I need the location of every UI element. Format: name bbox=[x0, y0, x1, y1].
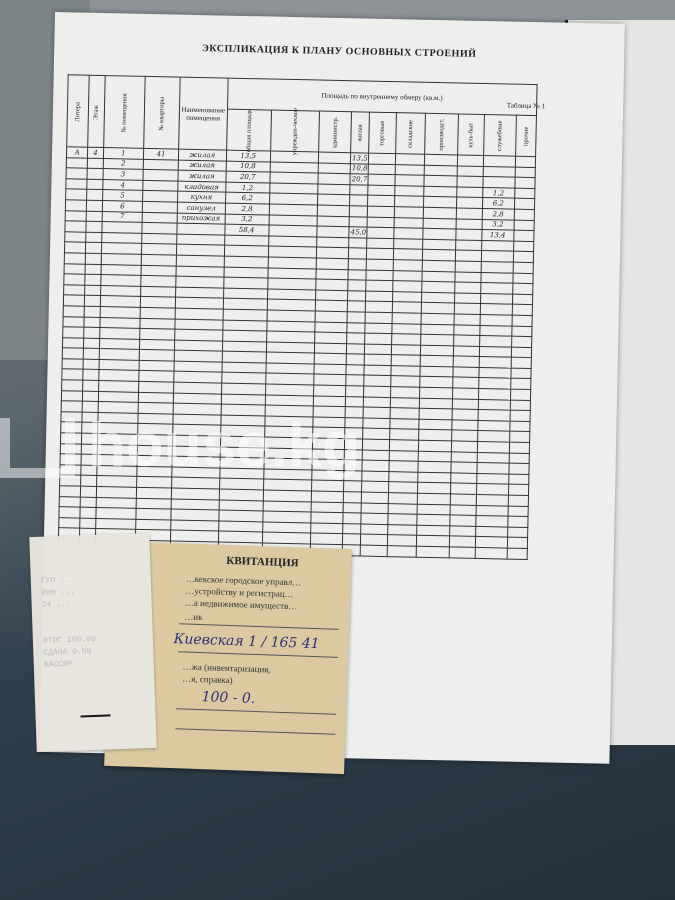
table-cell bbox=[368, 185, 395, 196]
table-cell bbox=[315, 332, 348, 343]
table-cell bbox=[102, 222, 142, 233]
table-cell bbox=[389, 461, 418, 472]
table-cell bbox=[136, 508, 171, 519]
table-cell bbox=[66, 157, 87, 168]
col-header: Этаж bbox=[93, 105, 100, 120]
table-cell bbox=[348, 269, 366, 280]
table-cell bbox=[363, 428, 390, 439]
table-cell bbox=[454, 335, 480, 346]
table-cell bbox=[63, 295, 84, 306]
table-cell bbox=[366, 270, 393, 281]
table-cell bbox=[140, 297, 175, 308]
table-cell bbox=[101, 232, 141, 243]
col-header: куль-быт bbox=[467, 123, 475, 148]
table-cell bbox=[507, 516, 528, 527]
table-cell bbox=[366, 280, 393, 291]
table-cell bbox=[395, 175, 424, 186]
table-cell bbox=[417, 472, 450, 483]
table-cell bbox=[477, 441, 509, 452]
table-cell bbox=[392, 302, 421, 313]
table-cell bbox=[101, 264, 141, 275]
table-cell bbox=[419, 387, 452, 398]
table-cell bbox=[451, 473, 477, 484]
table-cell bbox=[83, 359, 99, 370]
table-cell bbox=[317, 237, 350, 248]
table-cell bbox=[450, 494, 476, 505]
table-cell bbox=[457, 176, 483, 187]
table-cell bbox=[417, 514, 450, 525]
table-cell bbox=[139, 350, 174, 361]
table-cell bbox=[475, 547, 507, 558]
table-cell: 5 bbox=[102, 190, 142, 201]
table-cell bbox=[514, 220, 535, 231]
handwritten-address: Киевская 1 / 165 41 bbox=[173, 631, 320, 652]
table-cell bbox=[394, 207, 423, 218]
table-cell bbox=[453, 377, 479, 388]
table-cell bbox=[141, 265, 176, 276]
table-cell bbox=[62, 369, 83, 380]
table-cell bbox=[101, 243, 141, 254]
receipt-title: КВИТАНЦИЯ bbox=[226, 555, 299, 570]
table-cell: 2 bbox=[103, 158, 143, 169]
watermark: house.kg bbox=[88, 410, 360, 481]
table-cell bbox=[143, 170, 178, 181]
table-cell bbox=[99, 328, 139, 339]
table-cell bbox=[80, 507, 96, 518]
table-cell bbox=[395, 164, 424, 175]
table-cell bbox=[364, 365, 391, 376]
table-cell bbox=[507, 537, 528, 548]
table-cell bbox=[96, 486, 136, 497]
table-cell bbox=[142, 201, 177, 212]
table-cell bbox=[344, 492, 362, 503]
table-cell bbox=[62, 359, 83, 370]
table-cell bbox=[510, 389, 531, 400]
table-cell bbox=[423, 228, 456, 239]
table-cell bbox=[508, 506, 529, 517]
table-cell bbox=[455, 271, 481, 282]
table-cell bbox=[318, 152, 351, 163]
table-cell bbox=[509, 432, 530, 443]
col-header: № квартиры bbox=[158, 96, 166, 130]
table-cell bbox=[393, 260, 422, 271]
table-cell bbox=[451, 452, 477, 463]
table-cell bbox=[515, 156, 536, 167]
table-cell bbox=[508, 463, 529, 474]
table-cell bbox=[84, 338, 100, 349]
table-cell bbox=[367, 259, 394, 270]
table-cell bbox=[64, 253, 85, 264]
table-cell bbox=[480, 336, 512, 347]
table-cell bbox=[417, 493, 450, 504]
table-cell bbox=[315, 311, 348, 322]
table-cell bbox=[348, 280, 366, 291]
table-cell bbox=[480, 304, 512, 315]
table-cell bbox=[313, 385, 346, 396]
table-cell bbox=[454, 303, 480, 314]
table-cell bbox=[315, 290, 348, 301]
table-cell bbox=[421, 281, 454, 292]
table-cell bbox=[362, 471, 389, 482]
table-cell bbox=[100, 285, 140, 296]
table-cell bbox=[418, 461, 451, 472]
handwritten-amount: 100 - 0. bbox=[201, 689, 255, 707]
table-cell bbox=[514, 199, 535, 210]
table-cell bbox=[66, 179, 87, 190]
table-cell bbox=[316, 247, 349, 258]
table-cell bbox=[85, 295, 101, 306]
table-cell bbox=[143, 191, 178, 202]
table-cell bbox=[479, 378, 511, 389]
table-cell bbox=[139, 371, 174, 382]
table-cell bbox=[510, 368, 531, 379]
table-cell bbox=[83, 380, 99, 391]
table-cell bbox=[395, 185, 424, 196]
table-cell bbox=[366, 312, 393, 323]
table-cell bbox=[349, 259, 367, 270]
table-cell bbox=[483, 177, 515, 188]
col-header: общая площадь bbox=[245, 109, 253, 152]
table-cell bbox=[346, 386, 364, 397]
table-cell bbox=[101, 253, 141, 264]
table-cell bbox=[361, 534, 388, 545]
table-cell bbox=[64, 242, 85, 253]
table-cell bbox=[476, 494, 508, 505]
table-cell: 41 bbox=[143, 148, 178, 159]
table-cell bbox=[481, 283, 513, 294]
table-cell bbox=[416, 525, 449, 536]
table-cell bbox=[508, 495, 529, 506]
table-cell bbox=[65, 200, 86, 211]
table-cell bbox=[449, 536, 475, 547]
table-cell bbox=[365, 323, 392, 334]
table-cell bbox=[139, 381, 174, 392]
table-cell bbox=[451, 462, 477, 473]
table-cell bbox=[456, 197, 482, 208]
table-cell bbox=[478, 399, 510, 410]
table-cell bbox=[457, 155, 483, 166]
table-cell bbox=[514, 209, 535, 220]
col-header: администр. bbox=[331, 117, 339, 149]
table-cell bbox=[361, 524, 388, 535]
table-cell bbox=[140, 318, 175, 329]
table-cell bbox=[388, 503, 417, 514]
table-cell bbox=[452, 399, 478, 410]
table-cell bbox=[423, 218, 456, 229]
table-cell bbox=[476, 484, 508, 495]
table-cell bbox=[477, 473, 509, 484]
table-cell bbox=[452, 420, 478, 431]
table-cell bbox=[364, 386, 391, 397]
table-cell bbox=[511, 357, 532, 368]
table-cell bbox=[368, 217, 395, 228]
table-cell bbox=[346, 375, 364, 386]
table-cell bbox=[314, 374, 347, 385]
table-cell bbox=[420, 356, 453, 367]
table-cell bbox=[87, 179, 103, 190]
table-cell bbox=[419, 408, 452, 419]
table-cell bbox=[513, 262, 534, 273]
table-cell bbox=[513, 251, 534, 262]
table-cell bbox=[509, 421, 530, 432]
table-cell bbox=[392, 291, 421, 302]
table-cell bbox=[368, 174, 395, 185]
table-cell bbox=[420, 334, 453, 345]
table-cell bbox=[477, 452, 509, 463]
table-cell bbox=[515, 167, 536, 178]
table-cell bbox=[416, 536, 449, 547]
table-cell bbox=[388, 514, 417, 525]
table-cell bbox=[348, 290, 366, 301]
table-cell bbox=[87, 190, 103, 201]
table-cell bbox=[393, 281, 422, 292]
table-cell bbox=[85, 253, 101, 264]
table-cell bbox=[64, 263, 85, 274]
table-cell bbox=[422, 260, 455, 271]
table-cell bbox=[143, 159, 178, 170]
table-cell bbox=[311, 491, 344, 502]
table-cell bbox=[481, 261, 513, 272]
table-cell bbox=[479, 346, 511, 357]
table-cell bbox=[98, 381, 138, 392]
table-cell: 13,5 bbox=[351, 153, 369, 164]
table-cell bbox=[349, 216, 367, 227]
table-cell: 4 bbox=[103, 179, 143, 190]
table-cell bbox=[141, 254, 176, 265]
table-cell: 6 bbox=[102, 201, 142, 212]
table-cell bbox=[453, 367, 479, 378]
table-cell bbox=[85, 285, 101, 296]
table-cell bbox=[142, 233, 177, 244]
table-cell: 6,2 bbox=[482, 198, 514, 209]
table-cell bbox=[84, 327, 100, 338]
table-cell bbox=[365, 344, 392, 355]
table-cell bbox=[87, 168, 103, 179]
table-cell bbox=[512, 315, 533, 326]
table-cell bbox=[61, 401, 82, 412]
table-cell bbox=[513, 241, 534, 252]
table-cell bbox=[392, 313, 421, 324]
table-cell bbox=[83, 370, 99, 381]
table-cell bbox=[454, 293, 480, 304]
table-cell bbox=[313, 396, 346, 407]
table-cell bbox=[451, 441, 477, 452]
table-cell bbox=[422, 239, 455, 250]
table-cell bbox=[366, 291, 393, 302]
table-cell: 10,8 bbox=[351, 163, 369, 174]
table-cell bbox=[507, 548, 528, 559]
table-cell bbox=[450, 483, 476, 494]
table-cell bbox=[456, 240, 482, 251]
table-cell bbox=[389, 440, 418, 451]
table-cell bbox=[361, 513, 388, 524]
watermark-house-icon bbox=[0, 418, 75, 478]
table-cell bbox=[422, 250, 455, 261]
table-cell bbox=[511, 326, 532, 337]
table-cell bbox=[510, 400, 531, 411]
table-cell bbox=[511, 336, 532, 347]
table-cell bbox=[509, 453, 530, 464]
table-cell bbox=[364, 397, 391, 408]
table-cell bbox=[387, 546, 416, 557]
table-cell bbox=[389, 429, 418, 440]
table-cell bbox=[140, 307, 175, 318]
table-cell bbox=[81, 486, 97, 497]
table-cell bbox=[311, 523, 344, 534]
receipt-text: …ик bbox=[184, 611, 203, 622]
table-cell bbox=[452, 409, 478, 420]
table-cell bbox=[421, 303, 454, 314]
table-cell bbox=[454, 314, 480, 325]
table-cell bbox=[421, 313, 454, 324]
table-cell bbox=[394, 196, 423, 207]
table-cell bbox=[478, 420, 510, 431]
table-cell bbox=[424, 154, 457, 165]
table-cell bbox=[387, 535, 416, 546]
table-cell bbox=[98, 391, 138, 402]
col-header: Наименование помещения bbox=[179, 77, 228, 150]
table-cell bbox=[367, 248, 394, 259]
table-cell: 3,2 bbox=[482, 219, 514, 230]
table-cell bbox=[456, 208, 482, 219]
table-cell bbox=[419, 419, 452, 430]
table-cell bbox=[343, 513, 361, 524]
table-cell bbox=[511, 347, 532, 358]
table-cell bbox=[86, 232, 102, 243]
table-cell bbox=[483, 166, 515, 177]
table-cell bbox=[478, 410, 510, 421]
table-cell bbox=[420, 366, 453, 377]
table-cell: 45,0 bbox=[349, 227, 367, 238]
table-cell bbox=[418, 440, 451, 451]
table-cell bbox=[479, 367, 511, 378]
table-cell bbox=[424, 175, 457, 186]
table-cell bbox=[99, 359, 139, 370]
table-cell bbox=[361, 545, 388, 556]
table-cell bbox=[478, 389, 510, 400]
table-cell bbox=[390, 397, 419, 408]
table-cell bbox=[96, 497, 136, 508]
table-cell: 7 bbox=[102, 211, 142, 222]
table-cell bbox=[479, 357, 511, 368]
table-cell bbox=[457, 187, 483, 198]
table-cell bbox=[512, 294, 533, 305]
col-header: служебные bbox=[496, 120, 504, 151]
table-cell bbox=[482, 240, 514, 251]
table-cell: 2,8 bbox=[482, 208, 514, 219]
table-cell bbox=[363, 450, 390, 461]
table-cell bbox=[87, 200, 103, 211]
table-cell bbox=[365, 333, 392, 344]
table-cell bbox=[507, 527, 528, 538]
table-cell bbox=[362, 460, 389, 471]
table-cell bbox=[394, 228, 423, 239]
table-cell: 13,4 bbox=[482, 230, 514, 241]
table-cell bbox=[314, 364, 347, 375]
table-cell bbox=[139, 339, 174, 350]
table-cell bbox=[100, 317, 140, 328]
table-cell bbox=[391, 365, 420, 376]
table-cell bbox=[480, 325, 512, 336]
table-cell bbox=[510, 410, 531, 421]
table-cell bbox=[59, 517, 80, 528]
table-cell bbox=[346, 396, 364, 407]
table-cell bbox=[63, 327, 84, 338]
table-cell bbox=[343, 523, 361, 534]
table-cell: 4 bbox=[88, 147, 104, 158]
table-cell bbox=[418, 451, 451, 462]
table-cell bbox=[393, 249, 422, 260]
explication-table: Литера Этаж № помещения № квартиры Наиме… bbox=[58, 74, 538, 559]
receipt-text: …жа (инвентаризация, bbox=[182, 661, 270, 674]
table-cell bbox=[59, 486, 80, 497]
table-cell bbox=[315, 322, 348, 333]
table-cell bbox=[390, 408, 419, 419]
col-header: складские bbox=[407, 120, 415, 148]
table-cell bbox=[140, 328, 175, 339]
table-cell bbox=[141, 244, 176, 255]
table-cell bbox=[317, 216, 350, 227]
table-cell: 3 bbox=[103, 169, 143, 180]
table-cell bbox=[362, 481, 389, 492]
table-cell bbox=[136, 487, 171, 498]
table-cell bbox=[318, 163, 351, 174]
table-cell bbox=[419, 398, 452, 409]
table-cell bbox=[421, 292, 454, 303]
table-cell bbox=[475, 537, 507, 548]
table-cell bbox=[314, 353, 347, 364]
table-cell bbox=[421, 324, 454, 335]
table-cell bbox=[80, 518, 96, 529]
table-cell bbox=[454, 324, 480, 335]
table-cell bbox=[311, 502, 344, 513]
table-cell bbox=[417, 483, 450, 494]
table-cell bbox=[141, 286, 176, 297]
table-cell bbox=[391, 344, 420, 355]
table-cell bbox=[367, 227, 394, 238]
table-cell bbox=[420, 345, 453, 356]
table-cell bbox=[513, 230, 534, 241]
receipt-text: …я, справка) bbox=[182, 673, 233, 685]
table-cell bbox=[514, 177, 535, 188]
table-cell bbox=[347, 354, 365, 365]
table-cell bbox=[343, 534, 361, 545]
table-cell bbox=[347, 322, 365, 333]
table-cell bbox=[59, 496, 80, 507]
col-header: Литера bbox=[74, 102, 81, 122]
table-cell bbox=[316, 258, 349, 269]
table-cell bbox=[64, 284, 85, 295]
table-cell bbox=[66, 168, 87, 179]
table-cell bbox=[347, 312, 365, 323]
table-cell bbox=[509, 442, 530, 453]
table-cell bbox=[416, 546, 449, 557]
table-cell bbox=[369, 153, 396, 164]
table-cell bbox=[449, 547, 475, 558]
receipt-text: …а недвижимое имуществ… bbox=[185, 597, 298, 611]
table-cell bbox=[417, 504, 450, 515]
table-cell bbox=[364, 407, 391, 418]
table-cell bbox=[95, 518, 135, 529]
table-cell bbox=[364, 376, 391, 387]
table-cell bbox=[389, 471, 418, 482]
table-cell bbox=[392, 323, 421, 334]
table-cell bbox=[84, 317, 100, 328]
table-cell bbox=[512, 283, 533, 294]
table-cell bbox=[61, 390, 82, 401]
table-cell bbox=[66, 189, 87, 200]
table-cell bbox=[362, 492, 389, 503]
